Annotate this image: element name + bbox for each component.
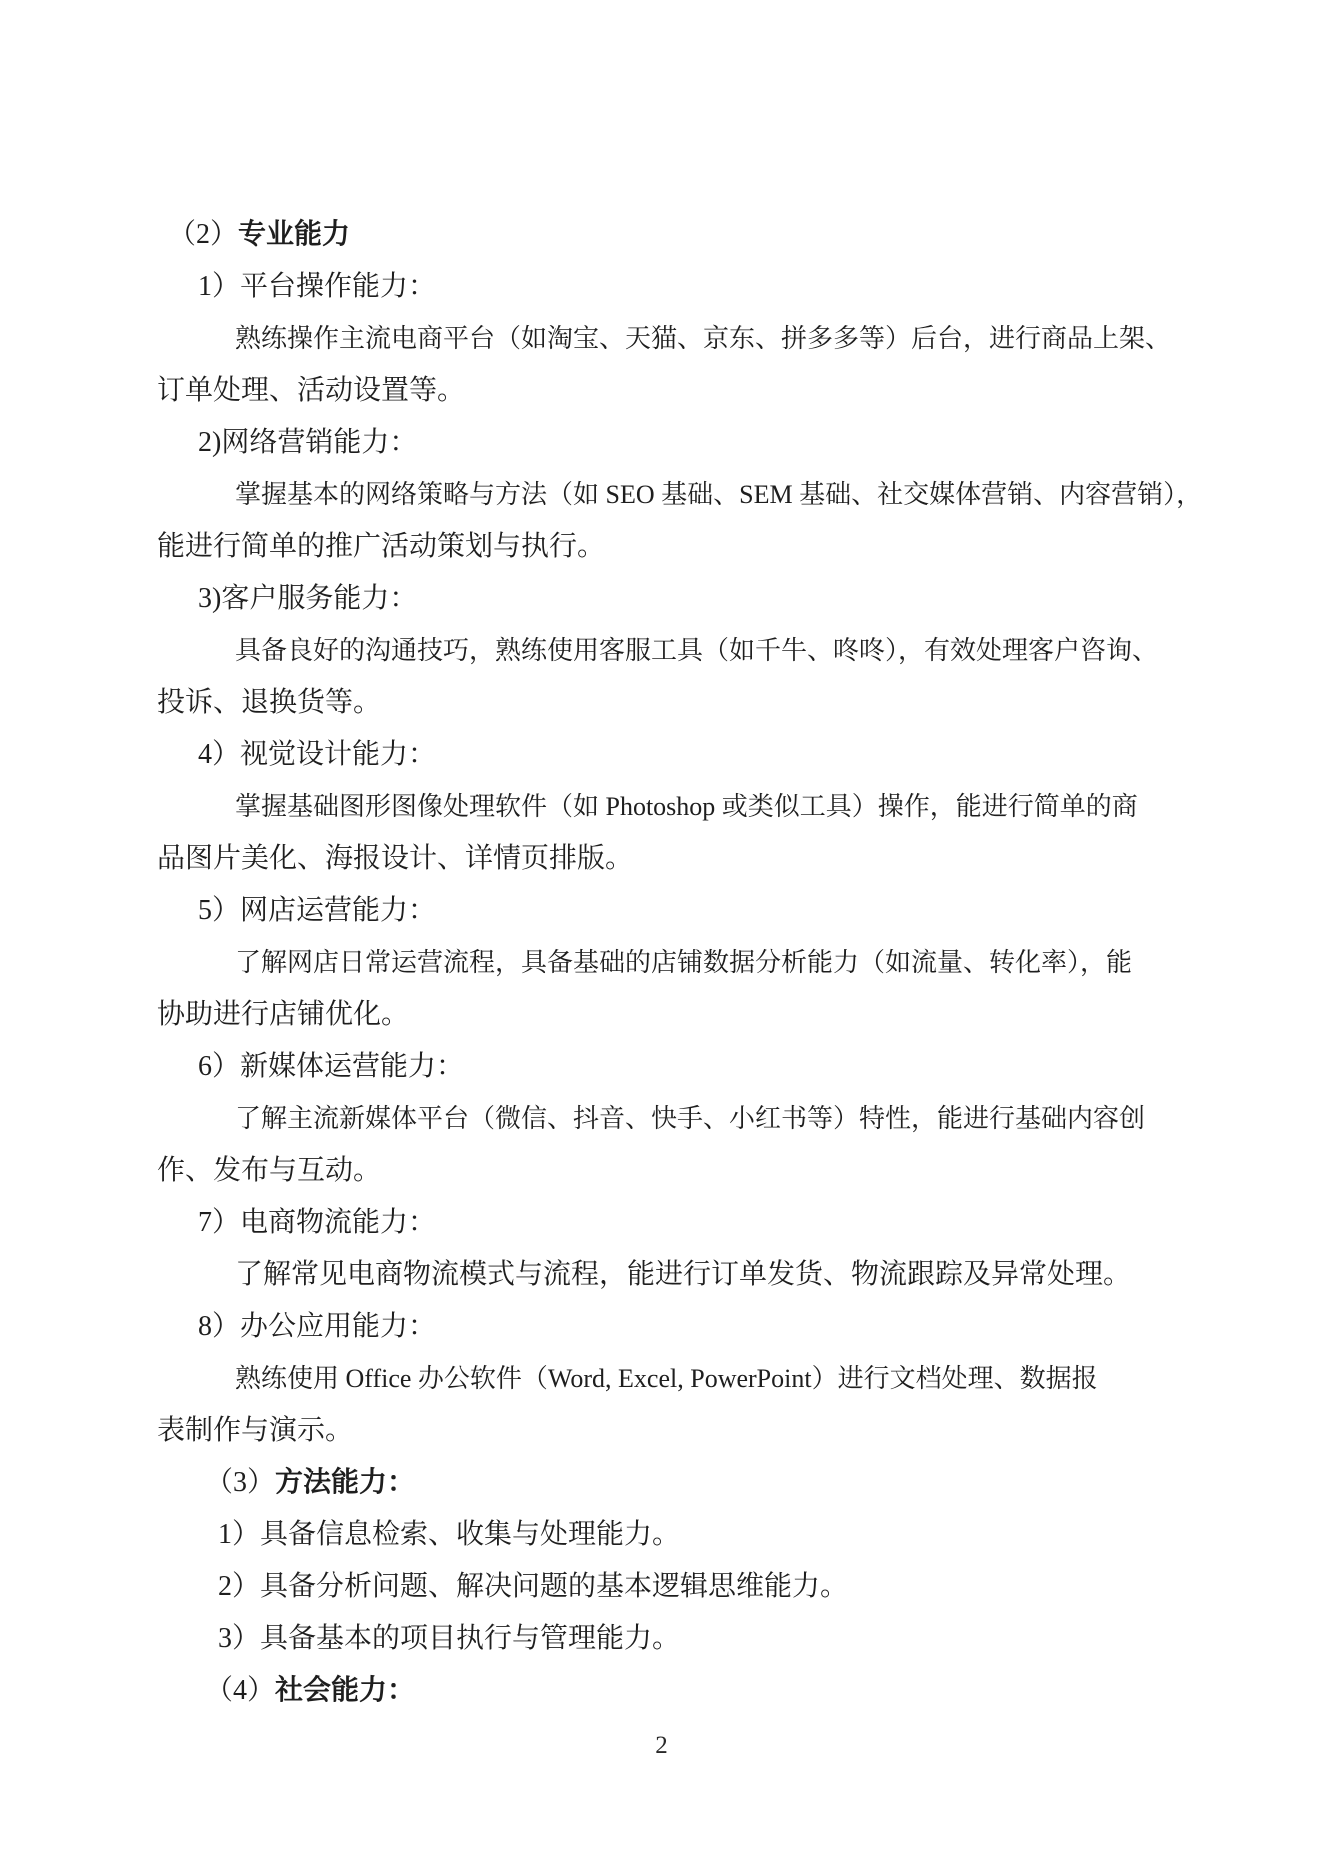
text-segment: 表制作与演示。	[157, 1415, 353, 1446]
text-segment: 能进行简单的推广活动策划与执行。	[157, 531, 605, 562]
text-line: 1）平台操作能力：	[0, 261, 1323, 313]
text-line: 7）电商物流能力：	[0, 1197, 1323, 1249]
text-line: 协助进行店铺优化。	[0, 989, 1323, 1041]
text-line: 熟练使用 Office 办公软件（Word, Excel, PowerPoint…	[0, 1353, 1323, 1405]
text-segment: 6）新媒体运营能力：	[198, 1051, 464, 1082]
text-segment: 1）具备信息检索、收集与处理能力。	[218, 1519, 680, 1550]
text-line: 了解常见电商物流模式与流程，能进行订单发货、物流跟踪及异常处理。	[0, 1249, 1323, 1301]
text-segment: 作、发布与互动。	[157, 1155, 381, 1186]
heading-label: 方法能力：	[275, 1467, 415, 1498]
text-line: 5）网店运营能力：	[0, 885, 1323, 937]
text-segment: 了解网店日常运营流程，具备基础的店铺数据分析能力（如流量、转化率），能	[235, 948, 1132, 977]
text-segment: 5）网店运营能力：	[198, 895, 436, 926]
text-segment: 7）电商物流能力：	[198, 1207, 436, 1238]
page-number: 2	[0, 1726, 1323, 1766]
text-segment: 3)客户服务能力：	[198, 583, 417, 614]
text-line: 表制作与演示。	[0, 1405, 1323, 1457]
text-line: 掌握基础图形图像处理软件（如 Photoshop 或类似工具）操作，能进行简单的…	[0, 781, 1323, 833]
text-segment: 2）具备分析问题、解决问题的基本逻辑思维能力。	[218, 1571, 848, 1602]
text-segment: （4）	[205, 1675, 275, 1706]
text-line: 6）新媒体运营能力：	[0, 1041, 1323, 1093]
text-line: 具备良好的沟通技巧，熟练使用客服工具（如千牛、咚咚），有效处理客户咨询、	[0, 625, 1323, 677]
text-line: 投诉、退换货等。	[0, 677, 1323, 729]
text-segment: 1）平台操作能力：	[198, 271, 436, 302]
text-line: 熟练操作主流电商平台（如淘宝、天猫、京东、拼多多等）后台，进行商品上架、	[0, 313, 1323, 365]
text-line: （2）专业能力	[0, 209, 1323, 261]
text-line: （4）社会能力：	[0, 1665, 1323, 1717]
text-line: 能进行简单的推广活动策划与执行。	[0, 521, 1323, 573]
text-segment: 投诉、退换货等。	[157, 687, 381, 718]
text-segment: 协助进行店铺优化。	[157, 999, 409, 1030]
heading-label: 社会能力：	[275, 1675, 415, 1706]
text-segment: 2)网络营销能力：	[198, 427, 417, 458]
text-line: 品图片美化、海报设计、详情页排版。	[0, 833, 1323, 885]
text-line: 作、发布与互动。	[0, 1145, 1323, 1197]
text-segment: 了解常见电商物流模式与流程，能进行订单发货、物流跟踪及异常处理。	[235, 1259, 1131, 1290]
text-segment: （3）	[205, 1467, 275, 1498]
text-line: 了解主流新媒体平台（微信、抖音、快手、小红书等）特性，能进行基础内容创	[0, 1093, 1323, 1145]
text-line: 4）视觉设计能力：	[0, 729, 1323, 781]
text-segment: 4）视觉设计能力：	[198, 739, 436, 770]
text-segment: 3）具备基本的项目执行与管理能力。	[218, 1623, 680, 1654]
text-segment: 熟练操作主流电商平台（如淘宝、天猫、京东、拼多多等）后台，进行商品上架、	[235, 324, 1171, 353]
text-segment: 掌握基本的网络策略与方法（如 SEO 基础、SEM 基础、社交媒体营销、内容营销…	[235, 480, 1202, 509]
text-line: 8）办公应用能力：	[0, 1301, 1323, 1353]
text-segment: 8）办公应用能力：	[198, 1311, 436, 1342]
text-segment: 熟练使用 Office 办公软件（Word, Excel, PowerPoint…	[235, 1364, 1098, 1393]
text-line: 掌握基本的网络策略与方法（如 SEO 基础、SEM 基础、社交媒体营销、内容营销…	[0, 469, 1323, 521]
heading-label: 专业能力	[238, 219, 350, 250]
text-line: 3)客户服务能力：	[0, 573, 1323, 625]
text-segment: （2）	[168, 219, 238, 250]
document-page: （2）专业能力1）平台操作能力：熟练操作主流电商平台（如淘宝、天猫、京东、拼多多…	[0, 0, 1323, 1871]
text-line: 订单处理、活动设置等。	[0, 365, 1323, 417]
text-segment: 订单处理、活动设置等。	[157, 375, 465, 406]
text-line: 2)网络营销能力：	[0, 417, 1323, 469]
text-line: 了解网店日常运营流程，具备基础的店铺数据分析能力（如流量、转化率），能	[0, 937, 1323, 989]
text-segment: 品图片美化、海报设计、详情页排版。	[157, 843, 633, 874]
document-text-block: （2）专业能力1）平台操作能力：熟练操作主流电商平台（如淘宝、天猫、京东、拼多多…	[0, 209, 1323, 1717]
text-line: （3）方法能力：	[0, 1457, 1323, 1509]
text-line: 1）具备信息检索、收集与处理能力。	[0, 1509, 1323, 1561]
text-line: 3）具备基本的项目执行与管理能力。	[0, 1613, 1323, 1665]
text-segment: 具备良好的沟通技巧，熟练使用客服工具（如千牛、咚咚），有效处理客户咨询、	[235, 636, 1158, 665]
text-line: 2）具备分析问题、解决问题的基本逻辑思维能力。	[0, 1561, 1323, 1613]
text-segment: 掌握基础图形图像处理软件（如 Photoshop 或类似工具）操作，能进行简单的…	[235, 792, 1138, 821]
text-segment: 了解主流新媒体平台（微信、抖音、快手、小红书等）特性，能进行基础内容创	[235, 1104, 1145, 1133]
